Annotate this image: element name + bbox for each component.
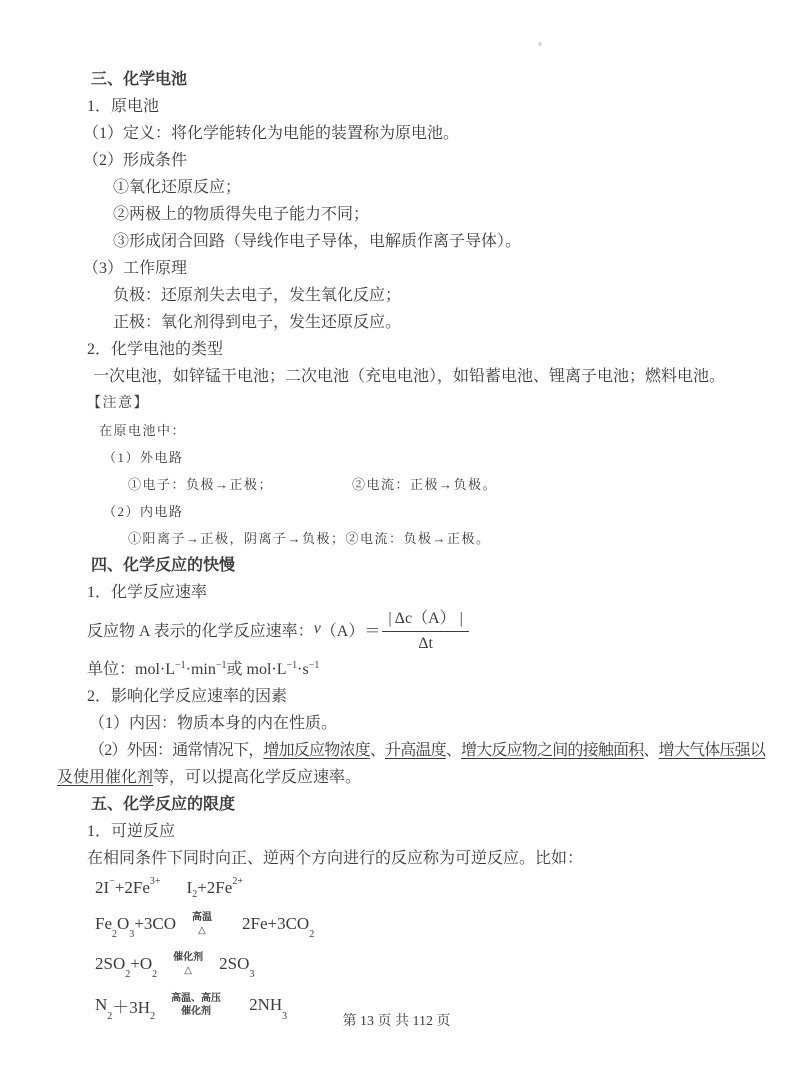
formula-text: Fe [95,914,112,934]
section4-heading: 四、化学反应的快慢 [57,552,753,579]
condition-2: ②两极上的物质得失电子能力不同； [57,201,753,228]
formula-text: O [117,914,129,934]
equation-iodide-iron: 2I−+2Fe3+I2+2Fe2+ [57,872,753,904]
formula-text: +3CO [134,914,176,934]
reversible-reaction-intro: 在相同条件下同时向正、逆两个方向进行的反应称为可逆反应。比如： [57,845,753,872]
formula-text: +O [130,954,152,974]
subscript: 2 [309,929,314,940]
document-page: 三、化学电池 1．原电池 （1）定义：将化学能转化为电能的装置称为原电池。 （2… [0,0,793,1077]
superscript: 2+ [232,876,243,887]
equation-iron-oxide-co: Fe2O3+3CO高温△2Fe+3CO2 [57,904,753,944]
superscript: 3+ [150,876,161,887]
document-content: 三、化学电池 1．原电池 （1）定义：将化学能转化为电能的装置称为原电池。 （2… [0,0,793,1026]
formula-text: 2SO [95,954,125,974]
separator: 、 [446,742,461,759]
formula-text: 2SO [219,954,249,974]
external-factor-line2: 及使用催化剂等，可以提高化学反应速率。 [57,764,753,791]
inner-circuit-line: ①阳离子→正极，阴离子→负极；②电流：负极→正极。 [57,525,753,552]
formula-text: +2Fe [197,878,232,898]
factor-contact-area: 增大反应物之间的接触面积 [461,742,643,759]
section3-heading: 三、化学电池 [57,66,753,93]
inner-circuit-title: （2）内电路 [57,498,753,525]
artifact-dot [538,42,542,46]
section4-item2: 2．影响化学反应速率的因素 [57,683,753,710]
battery-types-line: 一次电池，如锌锰干电池；二次电池（充电电池），如铅蓄电池、锂离子电池；燃料电池。 [57,363,753,390]
rate-symbol-v: v [314,620,321,638]
subscript: 2 [152,969,157,980]
reaction-condition: 催化剂△ [173,951,203,977]
factor-concentration: 增加反应物浓度 [263,742,369,759]
condition-top: 催化剂 [173,951,203,964]
external-factor-line1: （2）外因：通常情况下，增加反应物浓度、升高温度、增大反应物之间的接触面积、增大… [57,737,753,764]
formula-text: 2Fe+3CO [242,914,309,934]
rate-formula-label: 反应物 A 表示的化学反应速率： [87,618,314,641]
unit-mol-L: mol·L [247,661,287,678]
unit-mol-L: mol·L [135,661,175,678]
rate-fraction: | Δc（A） |Δt [382,605,468,653]
inner-circuit-ions: ①阳离子→正极，阴离子→负极； [128,525,346,552]
factor-temperature: 升高温度 [385,742,446,759]
factor-catalyst: 及使用催化剂 [57,769,153,786]
formula-text: +2Fe [115,878,150,898]
negative-electrode-line: 负极：还原剂失去电子，发生氧化反应； [57,282,753,309]
reaction-condition: 高温△ [192,911,212,937]
inner-circuit-current: ②电流：负极→正极。 [346,531,491,546]
external-factor-prefix: （2）外因：通常情况下， [89,742,263,759]
superscript: − [109,876,115,887]
unit-exp: −1 [216,660,227,671]
outer-circuit-current: ②电流：正极→负极。 [352,477,497,492]
unit-min: ·min [186,661,216,678]
section3-item2: 2．化学电池的类型 [57,336,753,363]
condition-3: ③形成闭合回路（导线作电子导体，电解质作离子导体）。 [57,228,753,255]
section3-item1: 1．原电池 [57,93,753,120]
subscript: 3 [249,969,254,980]
subscript: 3 [129,929,134,940]
rate-unit-line: 单位：mol·L−1·min−1或 mol·L−1·s−1 [57,652,753,683]
separator: 、 [370,742,385,759]
unit-exp: −1 [309,660,320,671]
unit-s: ·s [297,661,309,678]
factor-pressure: 增大气体压强以 [659,742,765,759]
outer-circuit-title: （1）外电路 [57,444,753,471]
primary-cell-definition: （1）定义：将化学能转化为电能的装置称为原电池。 [57,120,753,147]
condition-1: ①氧化还原反应； [57,174,753,201]
rate-fraction-denominator: Δt [382,632,468,653]
condition-bottom: △ [184,964,192,977]
formation-conditions-title: （2）形成条件 [57,147,753,174]
unit-label: 单位： [87,661,135,678]
note-intro: 在原电池中： [57,417,753,444]
positive-electrode-line: 正极：氧化剂得到电子，发生还原反应。 [57,309,753,336]
rate-formula-mid: （A）＝ [321,618,381,641]
outer-circuit-line: ①电子：负极→正极；②电流：正极→负极。 [57,471,753,498]
subscript: 2 [125,969,130,980]
unit-or: 或 [227,661,247,678]
outer-circuit-electron: ①电子：负极→正极； [128,471,352,498]
section4-item1: 1．化学反应速率 [57,579,753,606]
page-number-footer: 第 13 页 共 112 页 [0,1010,793,1030]
condition-top: 高温 [192,911,212,924]
section5-heading: 五、化学反应的限度 [57,791,753,818]
note-title: 【注意】 [57,390,753,417]
external-factor-rest: 等，可以提高化学反应速率。 [153,769,361,786]
unit-exp: −1 [287,660,298,671]
rate-formula-line: 反应物 A 表示的化学反应速率：v（A）＝| Δc（A） |Δt [57,606,753,652]
equation-so2-o2: 2SO2+O2催化剂△2SO3 [57,944,753,984]
rate-fraction-numerator: | Δc（A） | [382,605,468,632]
separator: 、 [643,742,658,759]
internal-factor-line: （1）内因：物质本身的内在性质。 [57,710,753,737]
working-principle-title: （3）工作原理 [57,255,753,282]
unit-exp: −1 [175,660,186,671]
condition-top: 高温、高压 [171,992,221,1005]
subscript: 2 [192,889,197,900]
subscript: 2 [112,929,117,940]
formula-text: 2I [95,878,109,898]
section5-item1: 1．可逆反应 [57,818,753,845]
condition-bottom: △ [198,924,206,937]
